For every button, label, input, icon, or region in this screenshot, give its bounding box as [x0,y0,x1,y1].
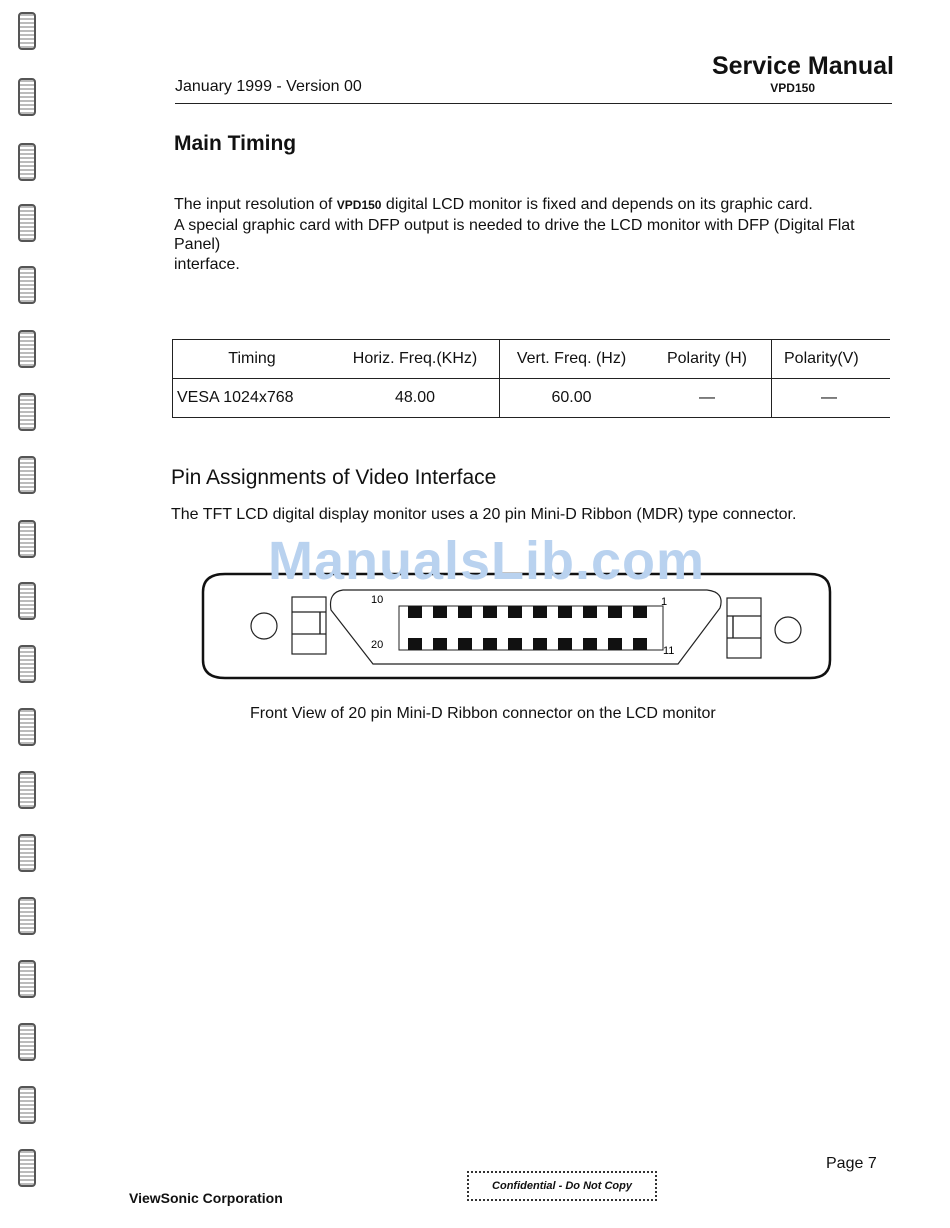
binder-hole [18,520,36,558]
para-text: A special graphic card with DFP output i… [174,217,855,254]
watermark: ManualsLib.com [268,530,705,592]
table-cell: VESA 1024x768 [173,379,332,418]
binder-hole [18,582,36,620]
main-timing-heading: Main Timing [174,132,296,156]
pin-assignments-heading: Pin Assignments of Video Interface [171,466,496,490]
table-header-cell: Polarity (H) [643,340,772,379]
table-cell: — [643,379,772,418]
connector-pin [608,638,622,650]
table-header-cell: Horiz. Freq.(KHz) [331,340,500,379]
connector-pin [433,606,447,618]
connector-pin [558,606,572,618]
para-text: digital LCD monitor is fixed and depends… [381,196,812,213]
connector-pin [608,606,622,618]
connector-pin [458,638,472,650]
connector-pin [433,638,447,650]
connector-caption: Front View of 20 pin Mini-D Ribbon conne… [250,705,716,723]
connector-pin [408,606,422,618]
connector-pin [633,606,647,618]
table-header-cell: Timing [173,340,332,379]
para-text: The input resolution of [174,196,337,213]
binder-hole [18,78,36,116]
company-name: ViewSonic Corporation [129,1190,283,1206]
table-cell: 48.00 [331,379,500,418]
binder-hole [18,393,36,431]
header-title: Service Manual [712,52,894,81]
connector-pin [583,606,597,618]
binder-hole [18,204,36,242]
connector-pin [458,606,472,618]
connector-pins [408,606,647,650]
timing-table: Timing Horiz. Freq.(KHz) Vert. Freq. (Hz… [172,339,890,418]
para-model: VPD150 [337,198,382,212]
binder-hole [18,330,36,368]
pin-label: 10 [371,594,383,606]
pin-label: 20 [371,639,383,651]
table-cell: — [772,379,891,418]
binder-hole [18,143,36,181]
connector-pin [508,638,522,650]
table-header-cell: Polarity(V) [772,340,891,379]
binder-hole [18,960,36,998]
connector-pin [508,606,522,618]
connector-pin [483,638,497,650]
connector-pin [483,606,497,618]
para-text: interface. [174,256,240,273]
connector-pin [408,638,422,650]
binder-hole [18,645,36,683]
table-header-cell: Vert. Freq. (Hz) [500,340,644,379]
binder-hole [18,708,36,746]
binder-hole [18,456,36,494]
connector-pin [533,638,547,650]
binder-hole [18,834,36,872]
header-model: VPD150 [770,81,815,95]
table-row: VESA 1024x768 48.00 60.00 — — [173,379,891,418]
connector-pin [583,638,597,650]
connector-pin [533,606,547,618]
table-header-row: Timing Horiz. Freq.(KHz) Vert. Freq. (Hz… [173,340,891,379]
main-timing-paragraph: The input resolution of VPD150 digital L… [174,195,874,274]
connector-pin [633,638,647,650]
pin-label: 1 [661,596,667,608]
binder-hole [18,12,36,50]
binder-hole [18,771,36,809]
binder-hole [18,897,36,935]
confidential-stamp: Confidential - Do Not Copy [467,1171,657,1201]
header-date-version: January 1999 - Version 00 [175,78,362,96]
binder-hole [18,1086,36,1124]
header-divider [175,103,892,104]
binder-hole [18,1023,36,1061]
binder-hole [18,266,36,304]
binder-hole [18,1149,36,1187]
page-number: Page 7 [826,1155,877,1173]
connector-pin [558,638,572,650]
pin-label: 11 [663,645,674,657]
table-cell: 60.00 [500,379,644,418]
pin-assignments-paragraph: The TFT LCD digital display monitor uses… [171,506,796,524]
